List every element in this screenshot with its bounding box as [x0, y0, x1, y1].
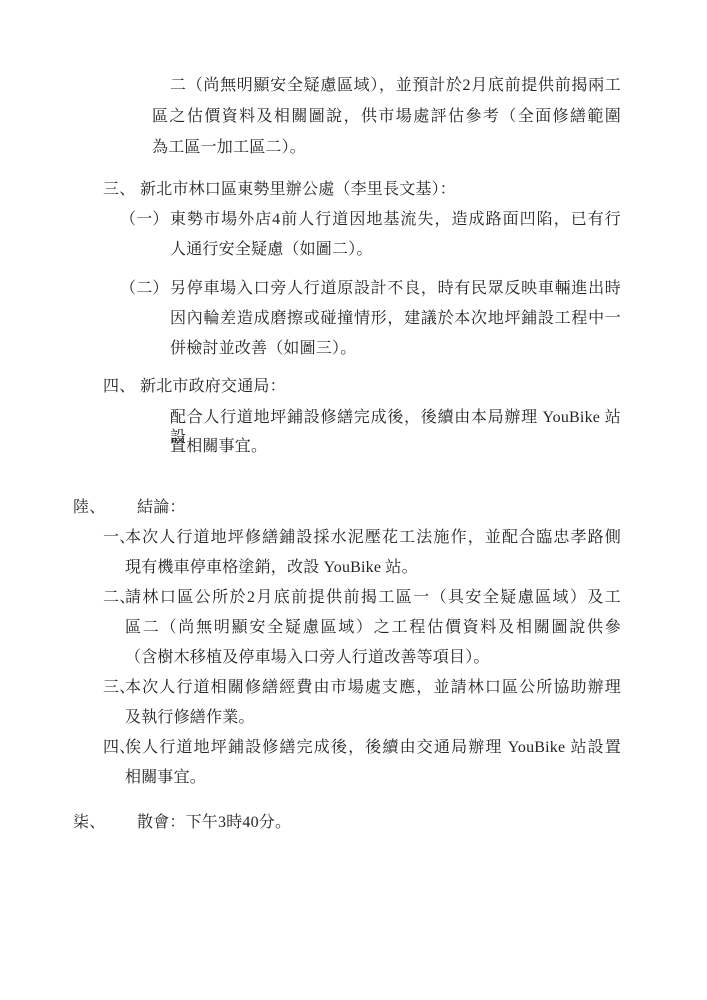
list-label: 四、: [103, 377, 135, 397]
text-line: 現有機車停車格塗銷，改設 YouBike 站。: [125, 558, 418, 578]
section-label: 柒、: [73, 813, 105, 833]
text-line: （含樹木移植及停車場入口旁人行道改善等項目）。: [125, 648, 490, 668]
text-line: 區之估價資料及相關圖說，供市場處評估參考（全面修繕範圍: [152, 107, 621, 127]
text-line: 東勢市場外店4前人行道因地基流失，造成路面凹陷，已有行: [170, 210, 621, 230]
text-line: 二（尚無明顯安全疑慮區域），並預計於2月底前提供前揭兩工: [170, 76, 621, 96]
section-heading: 散會：下午3時40分。: [137, 813, 291, 833]
text-line: 請林口區公所於2月底前提供前揭工區一（具安全疑慮區域）及工: [125, 588, 621, 608]
text-line: 因內輪差造成磨擦或碰撞情形，建議於本次地坪鋪設工程中一: [170, 309, 621, 329]
text-line: 置相關事宜。: [170, 437, 267, 457]
text-line: 另停車場入口旁人行道原設計不良，時有民眾反映車輛進出時: [170, 279, 621, 299]
text-line: 相關事宜。: [125, 768, 206, 788]
text-line: 區二（尚無明顯安全疑慮區域）之工程估價資料及相關圖說供參: [125, 618, 621, 638]
text-line: 併檢討並改善（如圖三）。: [170, 339, 356, 359]
text-line: 為工區一加工區二）。: [152, 138, 306, 158]
text-line: 俟人行道地坪鋪設修繕完成後，後續由交通局辦理 YouBike 站設置: [125, 738, 621, 758]
text-line: 及執行修繕作業。: [125, 708, 255, 728]
list-label: （一）: [120, 210, 169, 230]
document-page: 二（尚無明顯安全疑慮區域），並預計於2月底前提供前揭兩工 區之估價資料及相關圖說…: [0, 0, 707, 1000]
list-label: 三、: [103, 180, 135, 200]
text-line: 本次人行道相關修繕經費由市場處支應，並請林口區公所協助辦理: [125, 678, 621, 698]
section-label: 陸、: [73, 498, 105, 518]
section-heading: 結論：: [137, 498, 186, 518]
list-label: （二）: [120, 279, 169, 299]
text-line: 本次人行道地坪修繕鋪設採水泥壓花工法施作，並配合臨忠孝路側: [125, 528, 621, 548]
item-heading: 新北市政府交通局：: [140, 377, 286, 397]
text-line: 人通行安全疑慮（如圖二）。: [170, 240, 373, 260]
item-heading: 新北市林口區東勢里辦公處（李里長文基）：: [140, 180, 456, 200]
